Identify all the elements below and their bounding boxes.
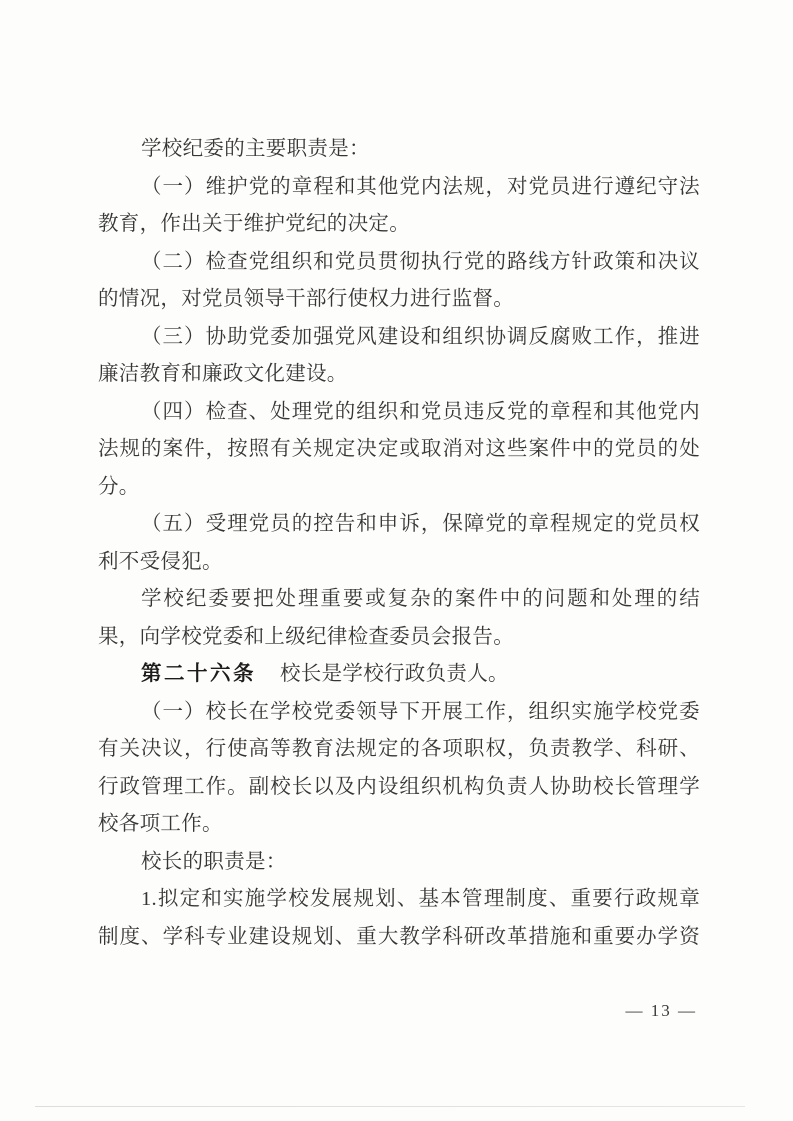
text-line: 1.拟定和实施学校发展规划、基本管理制度、重要行政规章 (98, 881, 700, 919)
line-text: 法规的案件，按照有关规定决定或取消对这些案件中的党员的处 (98, 438, 700, 460)
line-text: 校长是学校行政负责人。 (280, 663, 509, 685)
text-line: 分。 (98, 469, 700, 507)
line-text: （三）协助党委加强党风建设和组织协调反腐败工作，推进 (141, 326, 700, 348)
line-text: 学校纪委的主要职责是： (141, 138, 370, 160)
text-line: （一）校长在学校党委领导下开展工作，组织实施学校党委 (98, 694, 700, 732)
document-body: 学校纪委的主要职责是：（一）维护党的章程和其他党内法规，对党员进行遵纪守法教育，… (98, 131, 700, 956)
text-line: 果，向学校党委和上级纪律检查委员会报告。 (98, 619, 700, 657)
article-number: 第二十六条 (141, 663, 256, 685)
scan-edge-line (35, 1106, 745, 1107)
page-number: — 13 — (626, 1001, 698, 1021)
text-line: 第二十六条校长是学校行政负责人。 (98, 656, 700, 694)
line-text: 1.拟定和实施学校发展规划、基本管理制度、重要行政规章 (141, 888, 700, 910)
text-line: 廉洁教育和廉政文化建设。 (98, 356, 700, 394)
text-line: 制度、学科专业建设规划、重大教学科研改革措施和重要办学资 (98, 919, 700, 957)
text-line: 的情况，对党员领导干部行使权力进行监督。 (98, 281, 700, 319)
text-line: 利不受侵犯。 (98, 544, 700, 582)
line-text: （二）检查党组织和党员贯彻执行党的路线方针政策和决议 (141, 251, 700, 273)
line-text: 制度、学科专业建设规划、重大教学科研改革措施和重要办学资 (98, 926, 700, 948)
line-text: 分。 (98, 476, 140, 498)
line-text: 行政管理工作。副校长以及内设组织机构负责人协助校长管理学 (98, 776, 700, 798)
line-text: （一）维护党的章程和其他党内法规，对党员进行遵纪守法 (141, 176, 700, 198)
line-text: 校各项工作。 (98, 813, 223, 835)
line-text: 学校纪委要把处理重要或复杂的案件中的问题和处理的结 (141, 588, 700, 610)
text-line: 法规的案件，按照有关规定决定或取消对这些案件中的党员的处 (98, 431, 700, 469)
text-line: 行政管理工作。副校长以及内设组织机构负责人协助校长管理学 (98, 769, 700, 807)
text-line: （一）维护党的章程和其他党内法规，对党员进行遵纪守法 (98, 169, 700, 207)
text-line: 学校纪委的主要职责是： (98, 131, 700, 169)
text-line: （三）协助党委加强党风建设和组织协调反腐败工作，推进 (98, 319, 700, 357)
line-text: 廉洁教育和廉政文化建设。 (98, 363, 348, 385)
line-text: 有关决议，行使高等教育法规定的各项职权，负责教学、科研、 (98, 738, 700, 760)
line-text: 果，向学校党委和上级纪律检查委员会报告。 (98, 626, 514, 648)
line-text: 教育，作出关于维护党纪的决定。 (98, 213, 410, 235)
text-line: 学校纪委要把处理重要或复杂的案件中的问题和处理的结 (98, 581, 700, 619)
document-page: 学校纪委的主要职责是：（一）维护党的章程和其他党内法规，对党员进行遵纪守法教育，… (0, 0, 793, 1121)
line-text: 的情况，对党员领导干部行使权力进行监督。 (98, 288, 514, 310)
text-line: （二）检查党组织和党员贯彻执行党的路线方针政策和决议 (98, 244, 700, 282)
text-line: 校各项工作。 (98, 806, 700, 844)
text-line: 有关决议，行使高等教育法规定的各项职权，负责教学、科研、 (98, 731, 700, 769)
text-line: 校长的职责是： (98, 844, 700, 882)
text-line: （五）受理党员的控告和申诉，保障党的章程规定的党员权 (98, 506, 700, 544)
line-text: 利不受侵犯。 (98, 551, 223, 573)
line-text: （五）受理党员的控告和申诉，保障党的章程规定的党员权 (141, 513, 700, 535)
line-text: （四）检查、处理党的组织和党员违反党的章程和其他党内 (141, 401, 700, 423)
text-line: 教育，作出关于维护党纪的决定。 (98, 206, 700, 244)
text-line: （四）检查、处理党的组织和党员违反党的章程和其他党内 (98, 394, 700, 432)
line-text: 校长的职责是： (141, 851, 287, 873)
line-text: （一）校长在学校党委领导下开展工作，组织实施学校党委 (141, 701, 700, 723)
